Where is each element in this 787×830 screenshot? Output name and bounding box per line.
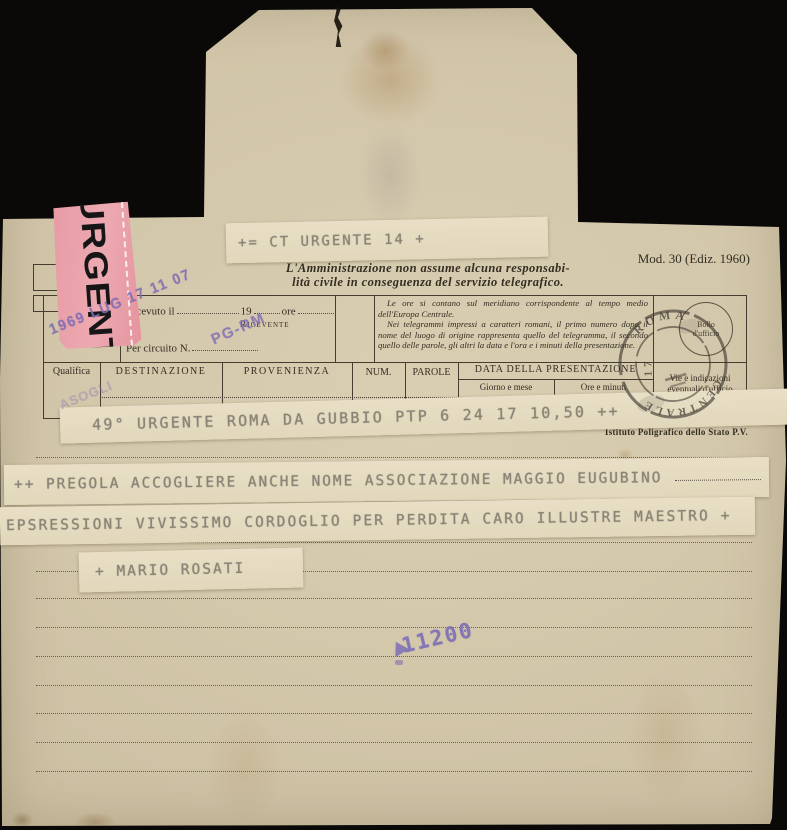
col-destinazione: DESTINAZIONE bbox=[101, 366, 221, 377]
col-giorno-mese: Giorno e mese bbox=[459, 382, 553, 392]
ruled-line bbox=[36, 771, 752, 772]
col-qualifica: Qualifica bbox=[44, 366, 99, 377]
corner-box-2 bbox=[33, 295, 59, 312]
service-line-text: += CT URGENTE 14 + bbox=[238, 231, 426, 251]
ruled-line bbox=[36, 742, 752, 743]
signature-text: + MARIO ROSATI bbox=[95, 561, 246, 580]
circuito-label: Per circuito N. bbox=[126, 342, 190, 354]
table-line bbox=[374, 295, 375, 362]
stamp-ink-blob-small bbox=[395, 660, 403, 665]
ricevuto-row: Ricevuto il19ore bbox=[126, 304, 338, 317]
ruled-line bbox=[36, 598, 752, 599]
postmark-roma-centrale: ROMA CENTRALE 17 bbox=[599, 294, 751, 436]
disclaimer-line-2: lità civile in conseguenza del servizio … bbox=[238, 276, 618, 290]
col-num: NUM. bbox=[353, 367, 404, 378]
table-line bbox=[43, 295, 44, 418]
sticker-label: URGENTE bbox=[71, 201, 123, 350]
col-parole: PAROLE bbox=[406, 367, 457, 378]
form-model-label: Mod. 30 (Ediz. 1960) bbox=[600, 251, 750, 267]
col-provenienza: PROVENIENZA bbox=[223, 366, 351, 377]
ruled-line bbox=[36, 627, 752, 628]
message-line-1-text: ++ PREGOLA ACCOGLIERE ANCHE NOME ASSOCIA… bbox=[14, 470, 663, 493]
ruled-line bbox=[36, 713, 752, 714]
ore-label: ore bbox=[282, 305, 296, 317]
form-disclaimer: L'Amministrazione non assume alcuna resp… bbox=[238, 262, 618, 289]
tape-signature: + MARIO ROSATI bbox=[79, 547, 304, 592]
fill-line bbox=[177, 304, 239, 314]
message-line-2-text: EPSRESSIONI VIVISSIMO CORDOGLIO PER PERD… bbox=[6, 508, 732, 534]
ruled-line bbox=[36, 685, 752, 686]
telegram-photo: Mod. 30 (Ediz. 1960) L'Amministrazione n… bbox=[0, 0, 787, 830]
circuito-row: Per circuito N. bbox=[126, 341, 260, 354]
postmark-inner-text: 17 bbox=[642, 357, 654, 376]
tape-service-line: += CT URGENTE 14 + bbox=[226, 217, 549, 264]
dotted-tail bbox=[675, 479, 761, 481]
fill-line bbox=[298, 304, 336, 314]
preamble-text: 49° URGENTE ROMA DA GUBBIO PTP 6 24 17 1… bbox=[92, 402, 620, 434]
disclaimer-line-1: L'Amministrazione non assume alcuna resp… bbox=[238, 262, 618, 276]
